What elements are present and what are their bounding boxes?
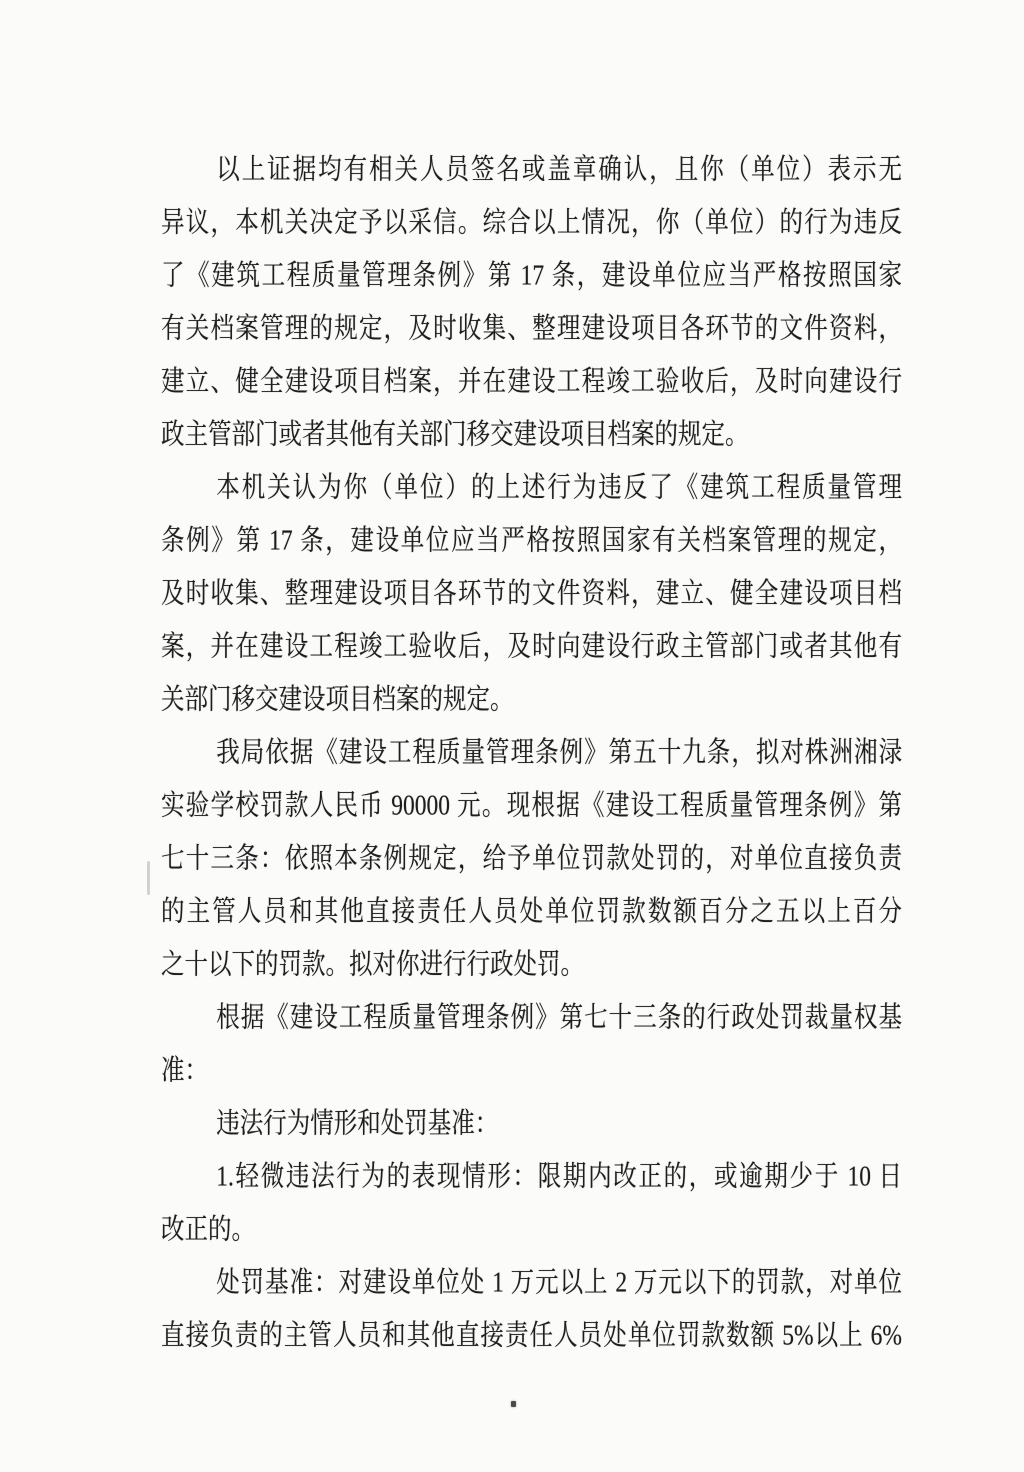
document-body: 以上证据均有相关人员签名或盖章确认，且你（单位）表示无 异议，本机关决定予以采信… xyxy=(161,144,902,1363)
scan-smudge-artifact xyxy=(147,861,150,895)
text-line: 直接负责的主管人员和其他直接责任人员处单位罚款数额 5%以上 6% xyxy=(161,1304,902,1369)
footer-dot-mark xyxy=(511,1401,516,1407)
document-page: 以上证据均有相关人员签名或盖章确认，且你（单位）表示无 异议，本机关决定予以采信… xyxy=(0,0,1024,1472)
